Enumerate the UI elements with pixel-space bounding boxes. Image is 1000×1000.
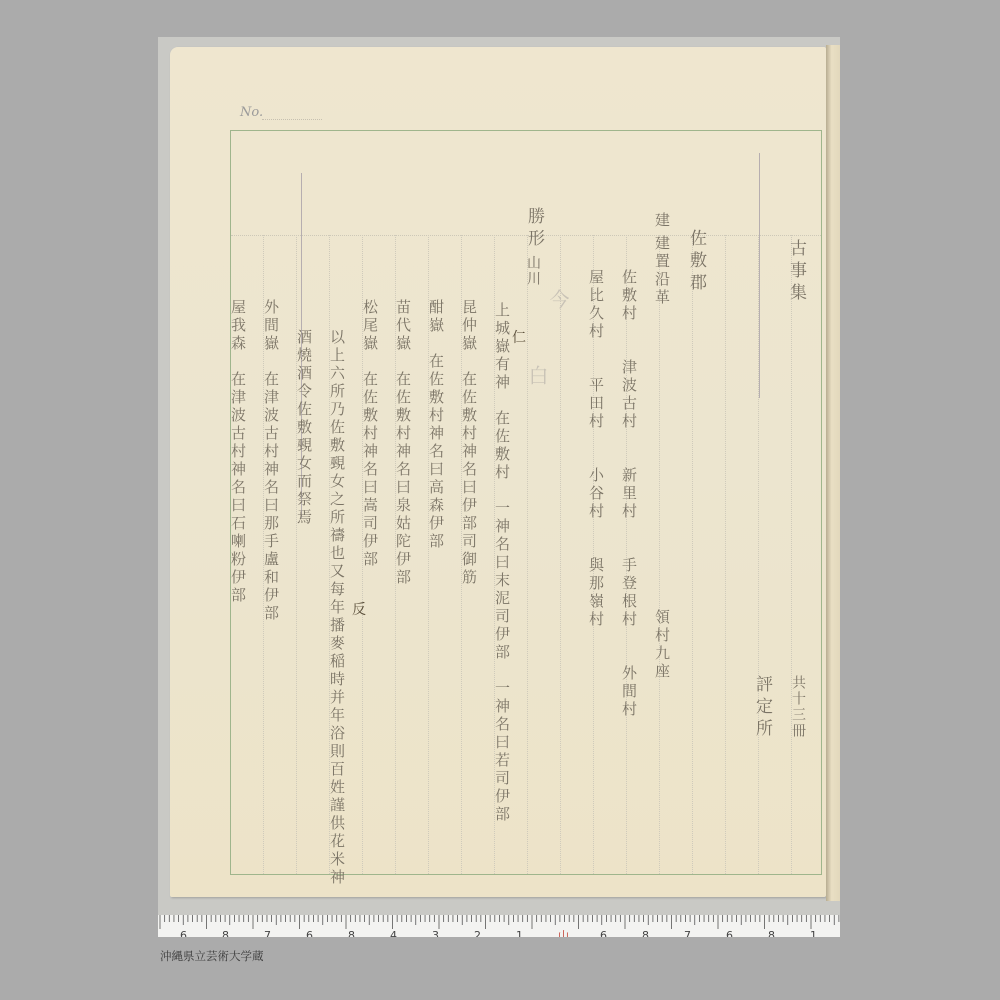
villages-count: 領村九座 — [654, 609, 669, 681]
ruler-digit: 7 — [684, 929, 691, 937]
ruler-digit: 6 — [180, 929, 187, 937]
scanned-document: No. 古事集 共十三冊 評定所 佐敷郡 建置沿革 建 領村九座 佐敷村 津波古… — [158, 37, 840, 937]
page-number-label: No. — [240, 105, 263, 120]
ruler-digit: 8 — [642, 929, 649, 937]
ruler-digit: 6 — [600, 929, 607, 937]
ruler-digit: 1 — [516, 929, 523, 937]
utaki-entry-6: 外間嶽 在津波古村神名曰那手盧和伊部 — [263, 299, 278, 623]
utaki-entry-1: 上城嶽有神 在佐敷村 一神名曰末泥司伊部 一神名曰若司伊部 — [494, 302, 509, 824]
note-line-1: 以上六所乃佐敷覡女之所禱也又每年播麥稲時并年浴則百姓謹供花米神 — [329, 329, 344, 887]
title-right: 古事集 — [787, 239, 804, 305]
ruler-digit: 2 — [474, 929, 481, 937]
ruler-digit: 3 — [432, 929, 439, 937]
ruler-digit: 8 — [768, 929, 775, 937]
correction-mark-2: 反 — [352, 599, 366, 619]
column-rule — [659, 235, 660, 874]
note-line-2: 酒燒酒令佐敷覡女而祭焉 — [296, 329, 311, 527]
ruler-digit: 7 — [264, 929, 271, 937]
issuer-label: 評定所 — [753, 675, 770, 741]
district-heading: 佐敷郡 — [687, 229, 704, 295]
ruler-digit: 4 — [390, 929, 397, 937]
katsuren-label: 勝形 — [525, 207, 542, 251]
volume-label: 共十三冊 — [791, 675, 805, 739]
pencil-line-right — [759, 153, 760, 398]
manuscript-page: No. 古事集 共十三冊 評定所 佐敷郡 建置沿革 建 領村九座 佐敷村 津波古… — [170, 47, 826, 897]
utaki-entry-5: 松尾嶽 在佐敷村神名曰嵩司伊部 — [362, 299, 377, 569]
utaki-entry-7: 屋我森 在津波古村神名曰石喇粉伊部 — [230, 299, 245, 605]
book-spine — [826, 45, 840, 901]
pencil-note-1: 今 — [548, 289, 568, 312]
ruler-ticks: 687684321山687681 — [158, 915, 840, 937]
page-number-line — [262, 119, 322, 120]
correction-mark-1: 仁 — [512, 327, 526, 347]
ruler-digit: 6 — [726, 929, 733, 937]
ruler-digit: 1 — [810, 929, 817, 937]
villages-line-2: 屋比久村 平田村 小谷村 與那嶺村 — [588, 269, 603, 629]
ruler-digit: 山 — [558, 929, 569, 937]
utaki-entry-4: 苗代嶽 在佐敷村神名曰泉姑陀伊部 — [395, 299, 410, 587]
column-rule — [527, 235, 528, 874]
collection-credit: 沖縄県立芸術大学蔵 — [160, 948, 264, 964]
ruler-digit: 8 — [348, 929, 355, 937]
ruler-digit: 6 — [306, 929, 313, 937]
ruler-digit: 8 — [222, 929, 229, 937]
measuring-scale: 687684321山687681 — [158, 915, 840, 937]
column-rule — [791, 235, 792, 874]
column-rule — [725, 235, 726, 874]
history-heading: 建置沿革 — [654, 235, 669, 307]
villages-line-1: 佐敷村 津波古村 新里村 手登根村 外間村 — [621, 269, 636, 719]
column-rule — [560, 235, 561, 874]
pencil-note-2: 白 — [527, 365, 547, 388]
column-rule — [692, 235, 693, 874]
yamakawa-label: 山川 — [526, 255, 540, 287]
history-heading-top: 建 — [654, 212, 669, 230]
utaki-entry-3: 酣嶽 在佐敷村神名曰高森伊部 — [428, 299, 443, 551]
utaki-entry-2: 昆仲嶽 在佐敷村神名曰伊部司御筋 — [461, 299, 476, 587]
